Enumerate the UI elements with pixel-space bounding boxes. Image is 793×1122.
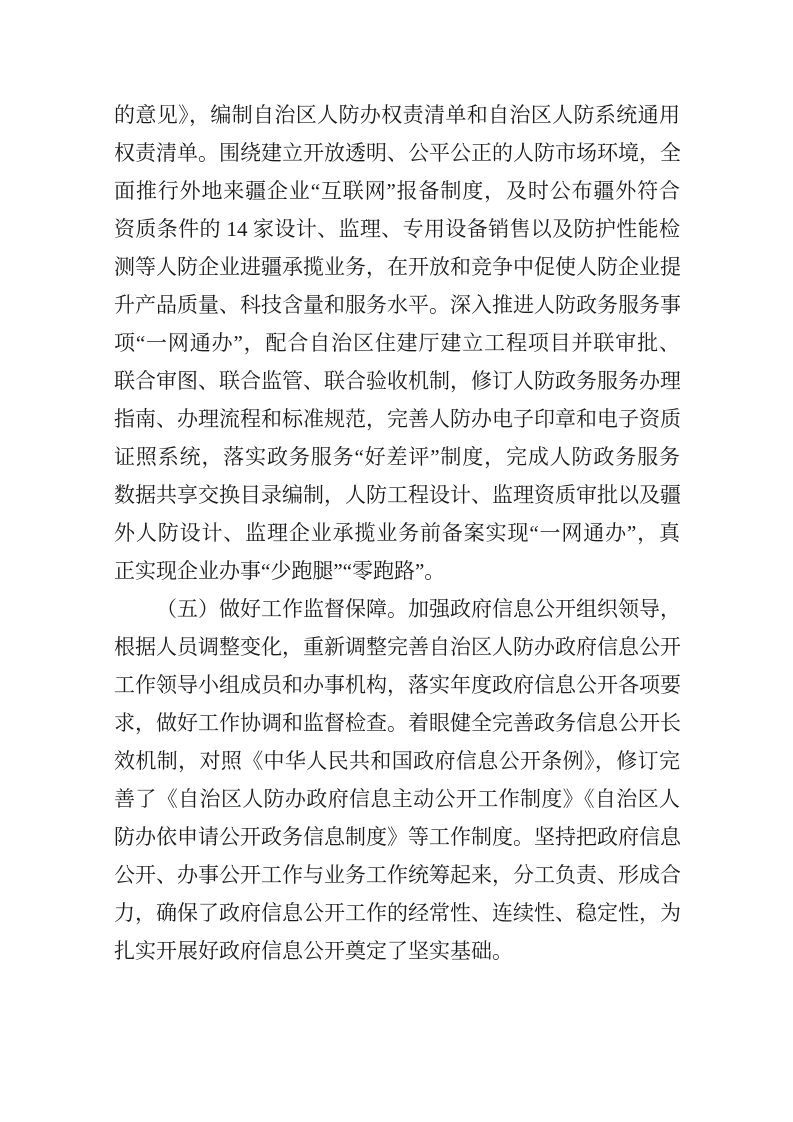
text-line: 根据人员调整变化，重新调整完善自治区人防办政府信息公开: [114, 628, 680, 666]
text-line: 升产品质量、科技含量和服务水平。深入推进人防政务服务事: [114, 286, 680, 324]
text-line: 力，确保了政府信息公开工作的经常性、连续性、稳定性，为: [114, 894, 680, 932]
section-heading-line: （五）做好工作监督保障。加强政府信息公开组织领导，: [114, 590, 680, 628]
text-line: 面推行外地来疆企业“互联网”报备制度，及时公布疆外符合: [114, 172, 680, 210]
text-line: 防办依申请公开政务信息制度》等工作制度。坚持把政府信息: [114, 818, 680, 856]
text-line: 求，做好工作协调和监督检查。着眼健全完善政务信息公开长: [114, 704, 680, 742]
text-line: 外人防设计、监理企业承揽业务前备案实现“一网通办”，真: [114, 514, 680, 552]
text-line: 联合审图、联合监管、联合验收机制，修订人防政务服务办理: [114, 362, 680, 400]
document-page: 的意见》，编制自治区人防办权责清单和自治区人防系统通用 权责清单。围绕建立开放透…: [0, 0, 793, 1122]
document-text-block: 的意见》，编制自治区人防办权责清单和自治区人防系统通用 权责清单。围绕建立开放透…: [114, 96, 680, 970]
text-line: 的意见》，编制自治区人防办权责清单和自治区人防系统通用: [114, 96, 680, 134]
text-line: 扎实开展好政府信息公开奠定了坚实基础。: [114, 932, 680, 970]
text-line: 公开、办事公开工作与业务工作统筹起来，分工负责、形成合: [114, 856, 680, 894]
text-line: 资质条件的 14 家设计、监理、专用设备销售以及防护性能检: [114, 210, 680, 248]
text-line: 善了《自治区人防办政府信息主动公开工作制度》《自治区人: [114, 780, 680, 818]
text-line: 权责清单。围绕建立开放透明、公平公正的人防市场环境，全: [114, 134, 680, 172]
text-line: 工作领导小组成员和办事机构，落实年度政府信息公开各项要: [114, 666, 680, 704]
text-line: 测等人防企业进疆承揽业务，在开放和竞争中促使人防企业提: [114, 248, 680, 286]
text-line: 效机制，对照《中华人民共和国政府信息公开条例》，修订完: [114, 742, 680, 780]
text-line: 指南、办理流程和标准规范，完善人防办电子印章和电子资质: [114, 400, 680, 438]
text-line: 正实现企业办事“少跑腿”“零跑路”。: [114, 552, 680, 590]
text-line: 数据共享交换目录编制，人防工程设计、监理资质审批以及疆: [114, 476, 680, 514]
text-line: 证照系统，落实政务服务“好差评”制度，完成人防政务服务: [114, 438, 680, 476]
text-line: 项“一网通办”，配合自治区住建厅建立工程项目并联审批、: [114, 324, 680, 362]
